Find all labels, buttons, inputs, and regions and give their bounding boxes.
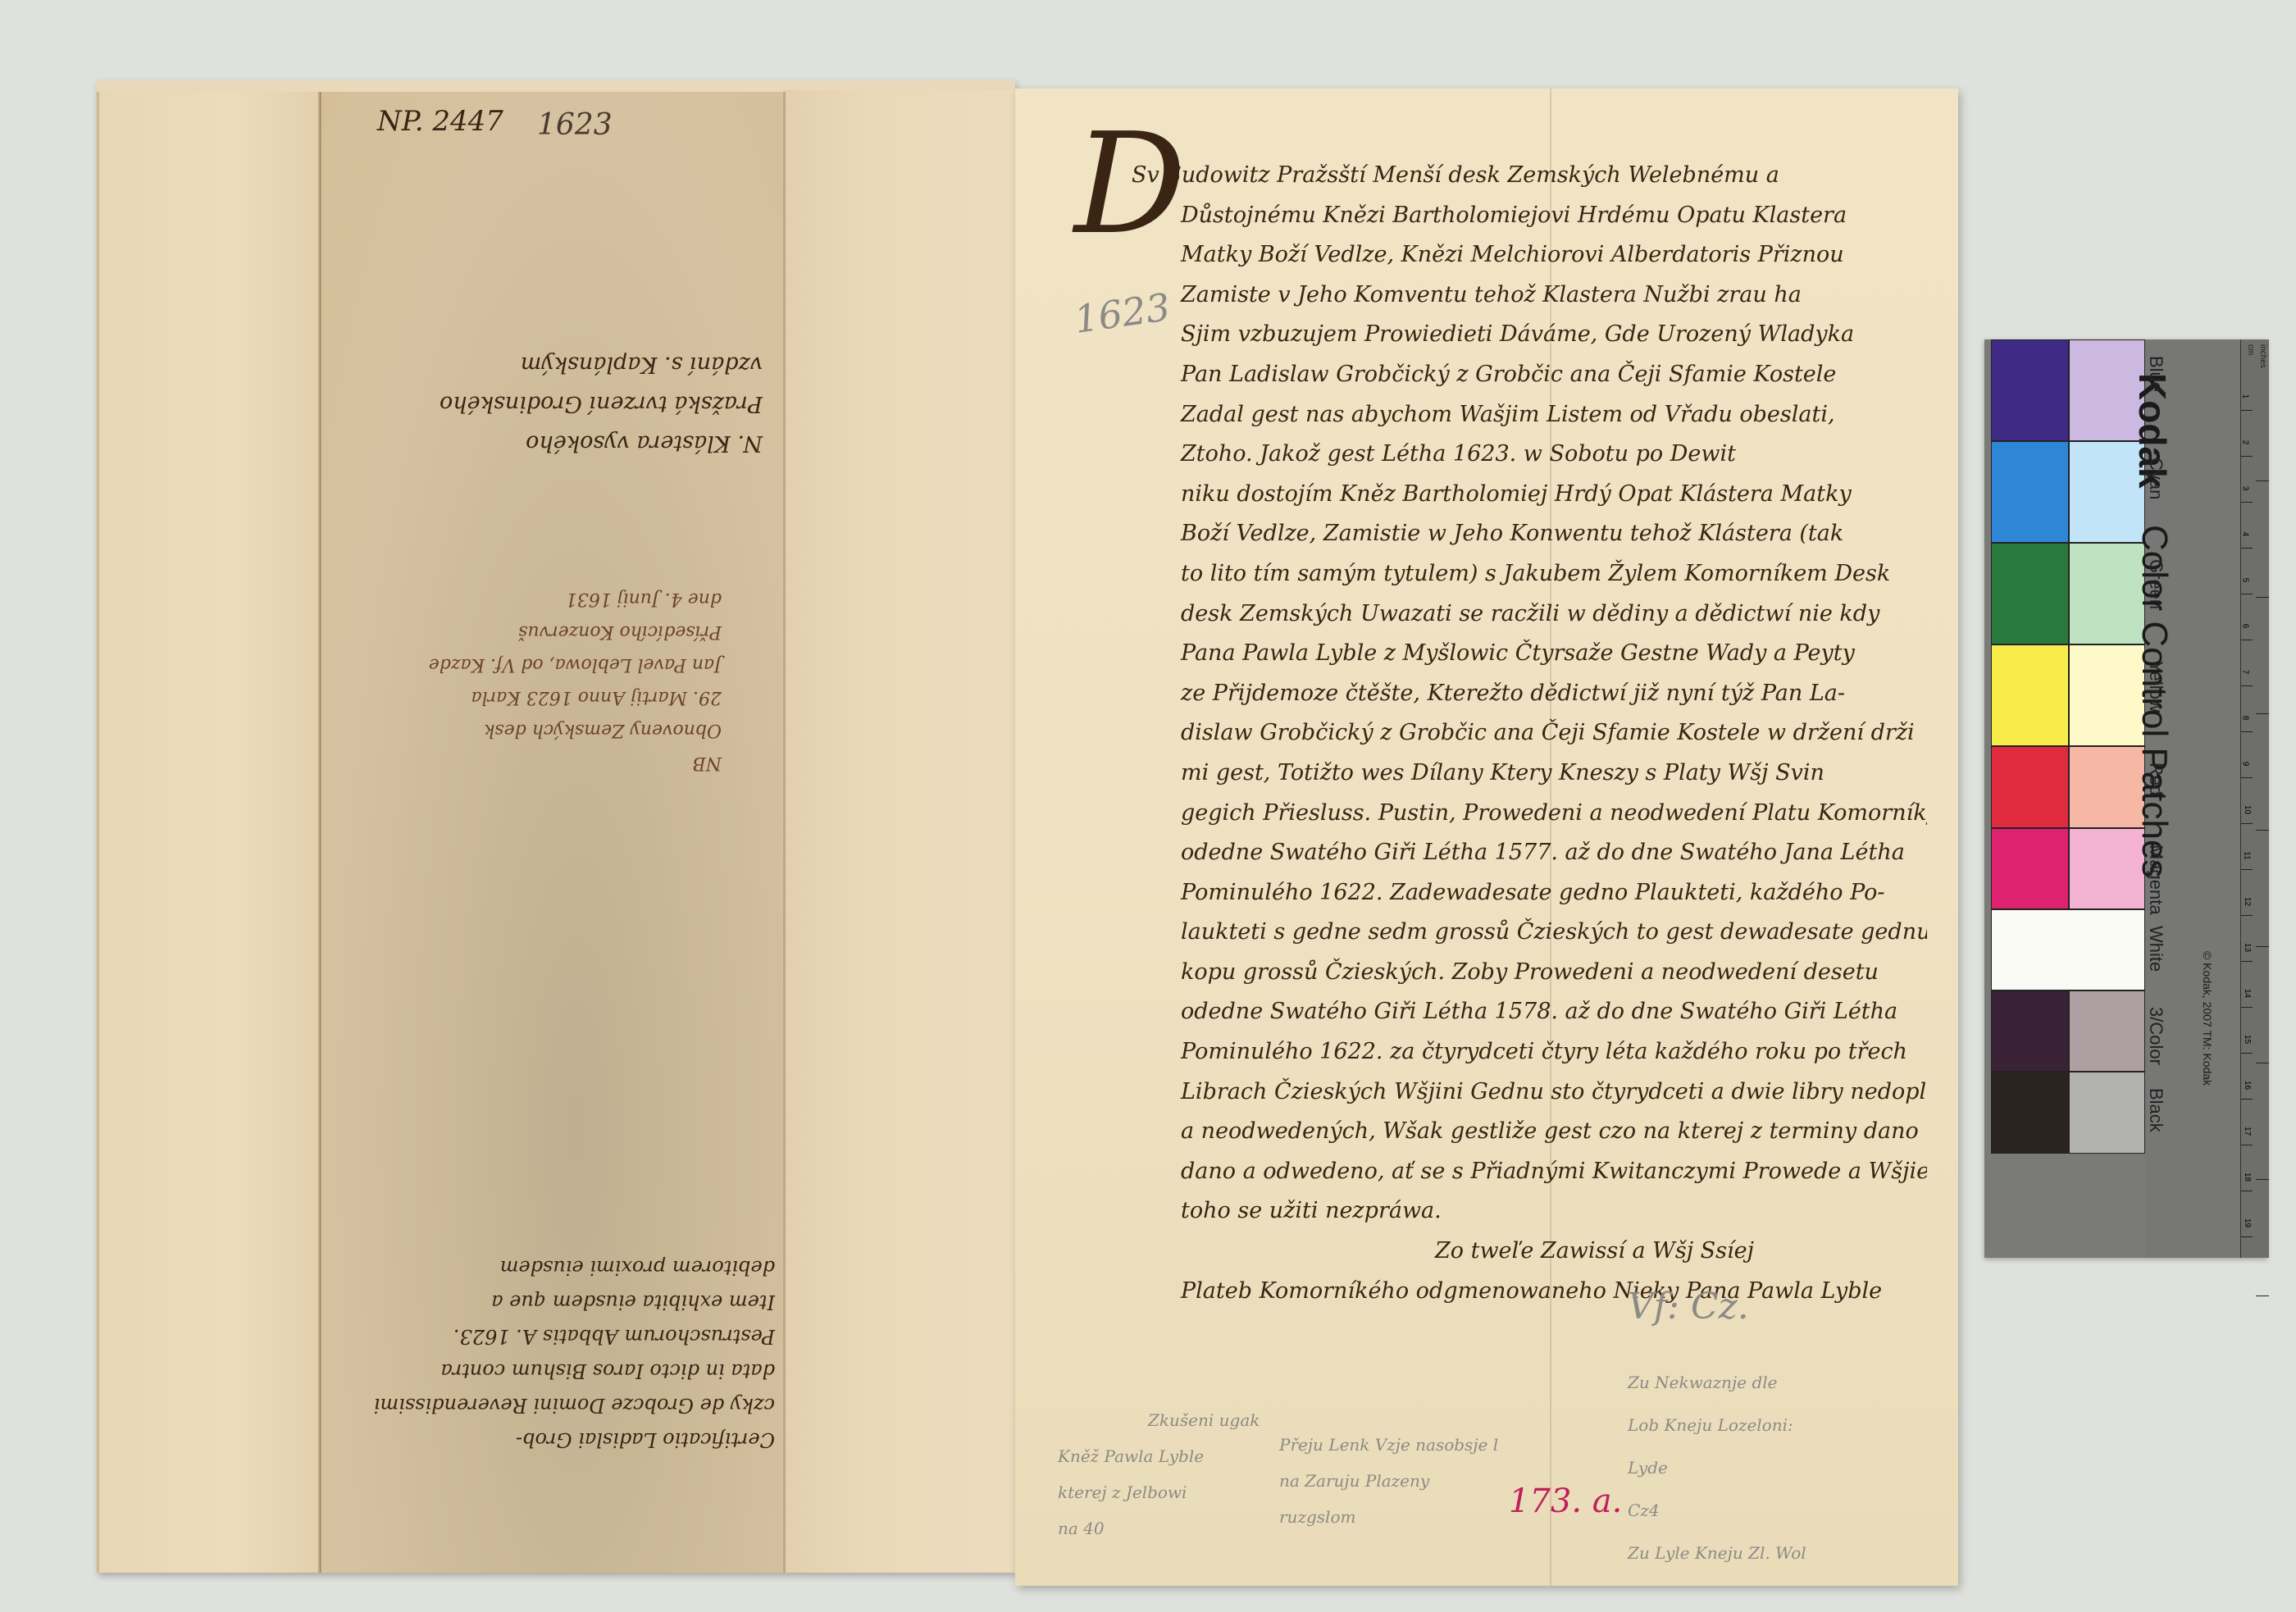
ruler-unit-inches: inches bbox=[2258, 344, 2267, 368]
pencil-line: Přeju Lenk Vzje nasobsje l bbox=[1279, 1427, 1498, 1463]
letter-line: ze Přijdemoze čtěšte, Kterežto dědictwí … bbox=[1091, 674, 1927, 714]
cm-tick bbox=[2241, 410, 2253, 411]
cm-tick-label: 13 bbox=[2243, 943, 2252, 952]
letter-line: Zadal gest nas abychom Wašjim Listem od … bbox=[1091, 395, 1927, 435]
patch-magenta-dark bbox=[1991, 828, 2069, 909]
cm-tick-label: 9 bbox=[2240, 762, 2249, 767]
pencil-line: Lob Kneju Lozeloni: bbox=[1628, 1404, 1806, 1446]
pencil-line: ruzgslom bbox=[1279, 1499, 1498, 1535]
letter-line: Pan Ladislaw Grobčický z Grobčic ana Čej… bbox=[1091, 355, 1927, 395]
inch-tick bbox=[2256, 830, 2269, 831]
note-line: Obnoveny Zemských desk bbox=[369, 713, 722, 746]
pencil-line: Zkušeni ugak bbox=[1058, 1402, 1260, 1438]
latin-line: czky de Grobcze Domini Reverendissimi bbox=[348, 1388, 775, 1423]
pencil-line: Kněž Pawla Lyble bbox=[1058, 1438, 1260, 1474]
letter-line: toho se užiti nezpráwa. bbox=[1091, 1191, 1927, 1232]
letter-line: Pominulého 1622. za čtyrydceti čtyry lét… bbox=[1091, 1032, 1927, 1072]
letter-line: mi gest, Totižto wes Dílany Ktery Kneszy… bbox=[1091, 754, 1927, 794]
pencil-line: na 40 bbox=[1058, 1510, 1260, 1546]
cm-tick-label: 17 bbox=[2243, 1127, 2252, 1136]
pencil-note-right: Zu Nekwaznje dle Lob Kneju Lozeloni: Lyd… bbox=[1628, 1361, 1806, 1574]
cm-tick bbox=[2241, 1007, 2253, 1008]
patch-label: Blue bbox=[2145, 356, 2166, 392]
pencil-line: Cz4 bbox=[1628, 1489, 1806, 1532]
latin-line: Certificatio Ladislai Grob- bbox=[348, 1423, 775, 1457]
inch-tick bbox=[2256, 1296, 2269, 1296]
letter-line: odedne Swatého Giři Létha 1577. až do dn… bbox=[1091, 833, 1927, 873]
cm-tick bbox=[2241, 731, 2253, 732]
letter-line: desk Zemských Uwazati se racžili w dědin… bbox=[1091, 594, 1927, 635]
cm-tick bbox=[2241, 1236, 2253, 1237]
latin-line: Item exhibita eiusdem que a bbox=[348, 1285, 775, 1319]
cm-tick-label: 16 bbox=[2243, 1081, 2252, 1090]
letter-line: Ztoho. Jakož gest Létha 1623. w Sobotu p… bbox=[1091, 435, 1927, 475]
letter-line: Sv Sudowitz Pražsští Menší desk Zemských… bbox=[1091, 156, 1927, 196]
upside-down-heading: N. Klástera vysokého Pražská tvrzení Gro… bbox=[353, 344, 763, 462]
cm-tick bbox=[2241, 594, 2253, 594]
cm-tick-label: 5 bbox=[2240, 578, 2249, 583]
cm-tick-label: 3 bbox=[2240, 486, 2249, 491]
archive-signature-note: NP. 2447 bbox=[377, 105, 503, 138]
letter-line: Zamiste v Jeho Komventu tehož Klastera N… bbox=[1091, 275, 1927, 316]
patch-3-color-light bbox=[2069, 990, 2145, 1072]
inch-tick bbox=[2256, 1063, 2269, 1063]
letter-line: Zo tweľe Zawissí a Wšj Ssíej bbox=[1091, 1232, 1927, 1272]
patch-3-color-dark bbox=[1991, 990, 2069, 1072]
ruler: 12345678910111213141516171819 bbox=[2240, 339, 2269, 1258]
letter-line: odedne Swatého Giři Létha 1578. až do dn… bbox=[1091, 992, 1927, 1032]
letter-line: Boží Vedlze, Zamistie w Jeho Konwentu te… bbox=[1091, 514, 1927, 554]
letter-line: a neodwedených, Wšak gestliže gest czo n… bbox=[1091, 1112, 1927, 1152]
cm-tick-label: 8 bbox=[2240, 716, 2249, 721]
cm-tick-label: 10 bbox=[2243, 805, 2252, 814]
patch-black-dark bbox=[1991, 1072, 2069, 1154]
heading-line: Pražská tvrzení Grodinského bbox=[353, 384, 763, 423]
note-line: dne 4. Junij 1631 bbox=[369, 582, 722, 615]
cm-tick bbox=[2241, 685, 2253, 686]
patch-label: White bbox=[2145, 926, 2166, 972]
pencil-note-left: Zkušeni ugak Kněž Pawla Lyble kterej z J… bbox=[1058, 1402, 1260, 1546]
patch-label: Yellow bbox=[2145, 661, 2166, 713]
cm-tick-label: 4 bbox=[2240, 532, 2249, 537]
inch-tick bbox=[2256, 597, 2269, 598]
cm-tick bbox=[2241, 640, 2253, 640]
letter-line: Librach Čzieských Wšjini Gednu sto čtyry… bbox=[1091, 1072, 1927, 1113]
cm-tick-label: 7 bbox=[2240, 670, 2249, 675]
pencil-note-middle: Přeju Lenk Vzje nasobsje l na Zaruju Pla… bbox=[1279, 1427, 1498, 1535]
letter-line: kopu grossů Čzieských. Zoby Prowedeni a … bbox=[1091, 953, 1927, 993]
cm-tick bbox=[2241, 1053, 2253, 1054]
cm-tick bbox=[2241, 456, 2253, 457]
patch-yellow-dark bbox=[1991, 644, 2069, 746]
cm-tick-label: 6 bbox=[2240, 624, 2249, 629]
pencil-line: kterej z Jelbowi bbox=[1058, 1474, 1260, 1510]
cm-tick-label: 11 bbox=[2243, 851, 2252, 859]
document-fold-right bbox=[783, 90, 1017, 1573]
patch-label: Black bbox=[2145, 1088, 2166, 1132]
cm-tick bbox=[2241, 548, 2253, 549]
letter-line: Sjim vzbuzujem Prowiedieti Dáváme, Gde U… bbox=[1091, 315, 1927, 355]
patch-label: Cyan bbox=[2145, 458, 2166, 499]
letter-line: Matky Boží Vedlze, Knězi Melchiorovi Alb… bbox=[1091, 235, 1927, 275]
catalog-number: 173. a. bbox=[1509, 1482, 1622, 1520]
cm-tick bbox=[2241, 1145, 2253, 1145]
chart-copyright: © Kodak, 2007 TM: Kodak bbox=[2201, 951, 2214, 1086]
note-line: NB bbox=[369, 746, 722, 779]
letter-line: to lito tím samým tytulem) s Jakubem Žyl… bbox=[1091, 554, 1927, 594]
letter-line: gegich Přiesluss. Pustin, Prowedeni a ne… bbox=[1091, 794, 1927, 834]
cm-tick bbox=[2241, 869, 2253, 870]
patch-label: Green bbox=[2145, 559, 2166, 609]
cm-tick-label: 19 bbox=[2243, 1218, 2252, 1227]
note-line: 29. Martij Anno 1623 Karla bbox=[369, 681, 722, 713]
patch-white bbox=[1991, 909, 2145, 990]
document-fold-left bbox=[97, 92, 321, 1573]
patch-blue-dark bbox=[1991, 339, 2069, 441]
letter-line: Pominulého 1622. Zadewadesate gedno Plau… bbox=[1091, 873, 1927, 913]
pencil-line: Lyde bbox=[1628, 1446, 1806, 1489]
pencil-line: na Zaruju Plazeny bbox=[1279, 1463, 1498, 1499]
letter-line: Pana Pawla Lyble z Myšlowic Čtyrsaže Ges… bbox=[1091, 634, 1927, 674]
cm-tick bbox=[2241, 915, 2253, 916]
ruler-unit-cm: cm bbox=[2246, 344, 2255, 355]
pencil-line: Zu Lyle Kneju Zl. Wol bbox=[1628, 1532, 1806, 1574]
cm-tick-label: 14 bbox=[2243, 989, 2252, 998]
pencil-signature-mark: Vf: Cz. bbox=[1628, 1286, 1749, 1327]
patch-green-dark bbox=[1991, 543, 2069, 644]
inch-tick bbox=[2256, 1179, 2269, 1180]
patch-cyan-dark bbox=[1991, 441, 2069, 543]
cm-tick-label: 12 bbox=[2243, 897, 2252, 906]
letter-line: laukteti s gedne sedm grossů Čzieských t… bbox=[1091, 913, 1927, 953]
patch-label: Magenta bbox=[2145, 845, 2166, 915]
note-line: Přísedícího Konzervuš bbox=[369, 615, 722, 648]
latin-line: data in dicto Iaros Bishum contra bbox=[348, 1354, 775, 1388]
upside-down-latin-note: Certificatio Ladislai Grob- czky de Grob… bbox=[348, 1250, 775, 1457]
top-year-note: 1623 bbox=[537, 108, 613, 142]
patch-label: Red bbox=[2145, 763, 2166, 795]
patch-red-dark bbox=[1991, 746, 2069, 828]
cm-tick-label: 1 bbox=[2240, 394, 2249, 399]
heading-line: vzdání s. Kaplánským bbox=[353, 344, 763, 384]
cm-tick bbox=[2241, 502, 2253, 503]
letter-line: niku dostojím Kněz Bartholomiej Hrdý Opa… bbox=[1091, 475, 1927, 515]
pencil-line: Zu Nekwaznje dle bbox=[1628, 1361, 1806, 1404]
cm-tick bbox=[2241, 823, 2253, 824]
patch-black-light bbox=[2069, 1072, 2145, 1154]
inch-tick bbox=[2256, 946, 2269, 947]
latin-line: Pestruschorum Abbatis A. 1623. bbox=[348, 1319, 775, 1354]
cm-tick bbox=[2241, 1099, 2253, 1100]
patch-label: 3/Color bbox=[2145, 1007, 2166, 1065]
fold-crease bbox=[318, 92, 321, 1573]
inch-tick bbox=[2256, 713, 2269, 714]
upside-down-note: NB Obnoveny Zemských desk 29. Martij Ann… bbox=[369, 582, 722, 779]
cm-tick-label: 2 bbox=[2240, 440, 2249, 445]
cm-tick bbox=[2241, 961, 2253, 962]
note-line: Jan Pavel Leblowa, od Vf. Kazde bbox=[369, 648, 722, 681]
cm-tick bbox=[2241, 1191, 2253, 1191]
heading-line: N. Klástera vysokého bbox=[353, 423, 763, 462]
letter-line: dano a odwedeno, ať se s Přiadnými Kwita… bbox=[1091, 1152, 1927, 1192]
latin-line: debitorem proximi eiusdem bbox=[348, 1250, 775, 1285]
letter-line: Plateb Komorníkého odgmenowaneho Nieky P… bbox=[1091, 1272, 1927, 1312]
cm-tick bbox=[2241, 777, 2253, 778]
letter-body: Sv Sudowitz Pražsští Menší desk Zemských… bbox=[1091, 156, 1927, 1311]
letter-line: dislaw Grobčický z Grobčic ana Čeji Sfam… bbox=[1091, 713, 1927, 754]
cm-tick-label: 18 bbox=[2243, 1173, 2252, 1182]
fold-crease bbox=[783, 92, 786, 1573]
letter-line: Důstojnému Knězi Bartholomiejovi Hrdému … bbox=[1091, 196, 1927, 236]
cm-tick-label: 15 bbox=[2243, 1035, 2252, 1044]
inch-tick bbox=[2256, 480, 2269, 481]
